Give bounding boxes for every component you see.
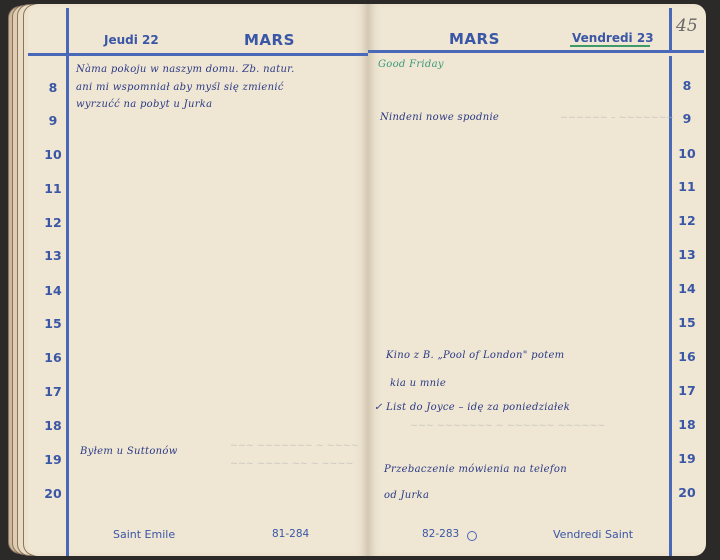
hour-label: 20: [38, 486, 68, 501]
hour-label: 17: [38, 384, 68, 399]
saint-of-day: Saint Emile: [113, 528, 175, 541]
hour-label: 16: [672, 349, 702, 364]
handwritten-entry-line: ani mi wspomniał aby myśl się zmienić: [76, 82, 284, 93]
month-label: MARS: [449, 30, 500, 48]
hour-label: 9: [672, 111, 702, 126]
open-diary: Jeudi 22 MARS 8 9 10 11 12 13 14 15 16 1…: [0, 0, 720, 560]
day-label: Vendredi 23: [572, 31, 654, 45]
handwritten-entry-line: Kino z B. „Pool of London" potem: [386, 350, 564, 361]
day-label: Jeudi 22: [104, 33, 159, 47]
header-rule: [28, 53, 368, 56]
hour-column-rule: [669, 56, 672, 556]
handwritten-entry-line: Przebaczenie mówienia na telefon: [384, 464, 567, 475]
hour-label: 8: [38, 80, 68, 95]
green-underline: [570, 45, 650, 47]
hour-label: 16: [38, 350, 68, 365]
handwritten-page-number: 45: [676, 16, 698, 36]
hour-label: 14: [672, 281, 702, 296]
hour-label: 14: [38, 283, 68, 298]
handwritten-entry-line: Nindeni nowe spodnie: [380, 112, 499, 123]
day-count: 82-283: [422, 528, 459, 540]
header-rule: [368, 50, 704, 53]
hour-label: 19: [672, 451, 702, 466]
handwritten-entry-line: Byłem u Suttonów: [80, 446, 178, 457]
hour-label: 8: [672, 78, 702, 93]
bleed-through-text: ~~~ ~~~~~~~ ~ ~~~~: [230, 440, 358, 451]
handwritten-entry-line: Nàma pokoju w naszym domu. Zb. natur.: [76, 64, 295, 75]
hour-label: 15: [672, 315, 702, 330]
hour-label: 11: [38, 181, 68, 196]
hour-column-rule-top: [669, 8, 672, 50]
bleed-through-text: ~~~~~~ – ~~~~~~~: [560, 112, 674, 123]
hour-label: 15: [38, 316, 68, 331]
hour-label: 12: [38, 215, 68, 230]
bleed-through-text: ~~~ ~~~~~~~ ~ ~~~~~~ ~~~~~~: [410, 420, 605, 431]
moon-phase-icon: [467, 531, 477, 541]
handwritten-entry-line: od Jurka: [384, 490, 429, 501]
hour-label: 17: [672, 383, 702, 398]
hour-label: 13: [38, 248, 68, 263]
hour-label: 18: [38, 418, 68, 433]
hour-label: 12: [672, 213, 702, 228]
hour-label: 20: [672, 485, 702, 500]
day-count: 81-284: [272, 528, 309, 540]
hour-label: 11: [672, 179, 702, 194]
saint-of-day: Vendredi Saint: [553, 528, 633, 541]
handwritten-entry-line: kia u mnie: [390, 378, 446, 389]
bleed-through-text: ~~~ ~~~~ ~~ ~ ~~~~: [230, 458, 354, 469]
hour-label: 18: [672, 417, 702, 432]
handwritten-entry-line: ✓ List do Joyce – idę za poniedziałek: [374, 402, 570, 413]
hour-label: 13: [672, 247, 702, 262]
hour-label: 10: [38, 147, 68, 162]
green-annotation: Good Friday: [378, 59, 444, 70]
hour-label: 19: [38, 452, 68, 467]
hour-label: 10: [672, 146, 702, 161]
hour-label: 9: [38, 113, 68, 128]
handwritten-entry-line: wyrzućć na pobyt u Jurka: [76, 99, 212, 110]
month-label: MARS: [244, 31, 295, 49]
